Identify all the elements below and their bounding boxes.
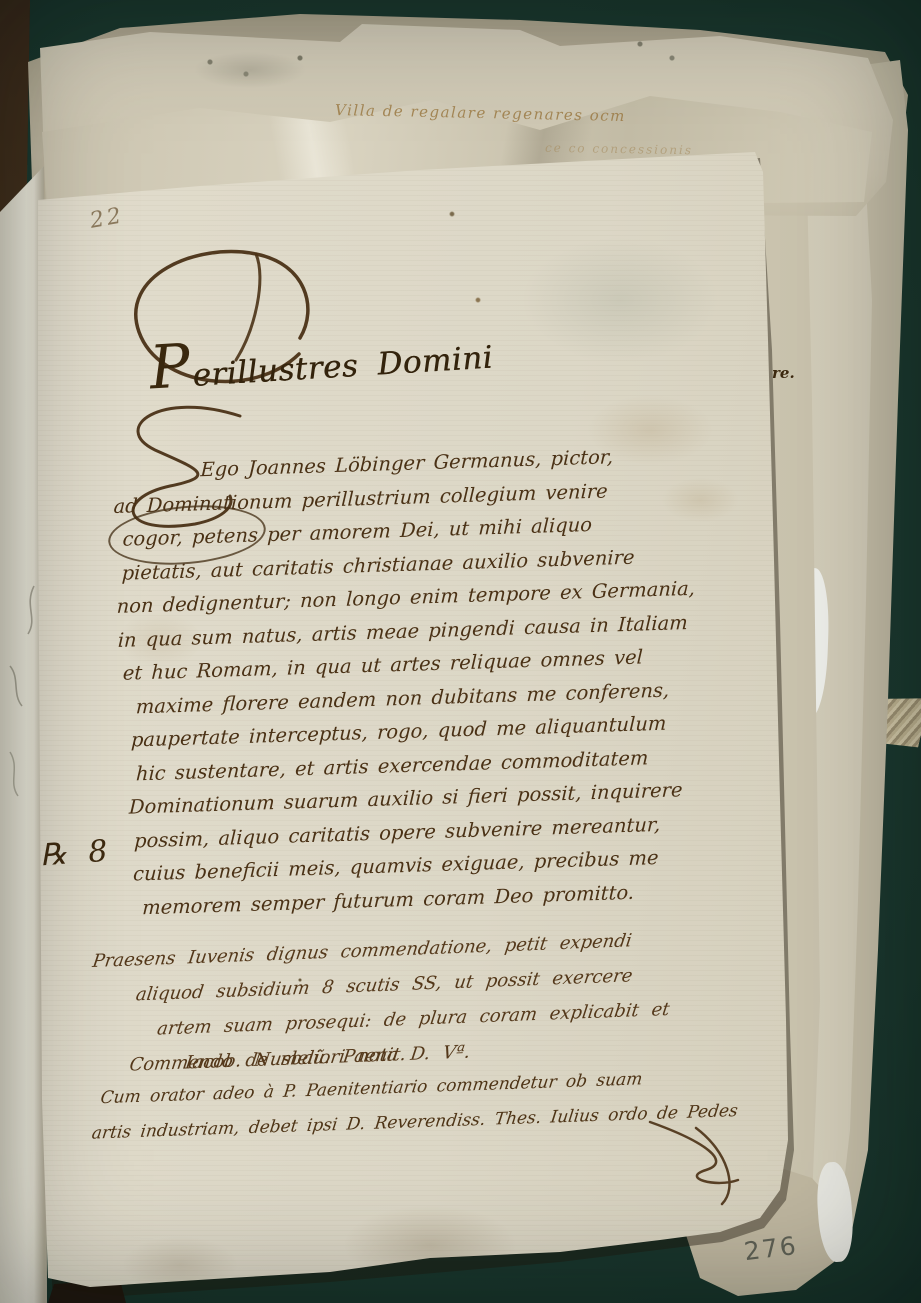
pencil-scribble <box>0 742 40 832</box>
heading-initial: P <box>150 366 190 368</box>
right-edge-text-fragment: re. <box>772 364 795 382</box>
petition-text-block: Ego Joannes Löbinger Germanus, pictor, a… <box>112 436 766 925</box>
margin-annotation: ℞ 8 <box>39 834 109 874</box>
pencil-scribble <box>2 578 46 738</box>
manuscript-photo: Villa de regalare regenares ocm ce co co… <box>0 0 921 1303</box>
top-edge-inscription-faint: ce co concessionis <box>545 141 693 158</box>
